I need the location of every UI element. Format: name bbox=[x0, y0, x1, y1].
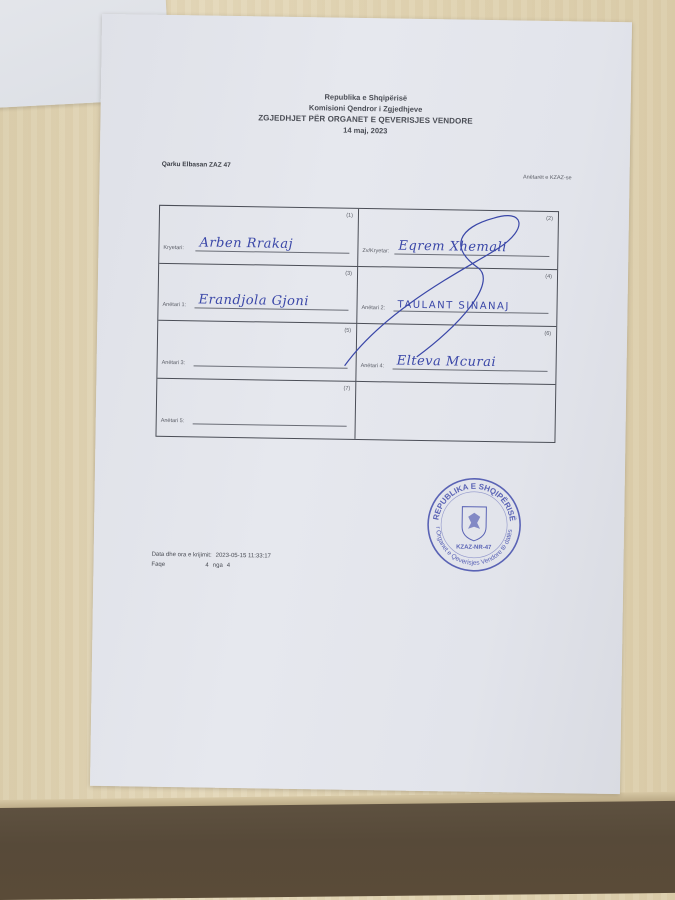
page-total: 4 bbox=[227, 561, 231, 571]
signature-line bbox=[194, 365, 348, 368]
document-footer: Data dhe ora e krijimit: 2023-05-15 11:3… bbox=[151, 550, 271, 572]
handwritten-signature: Erandjola Gjoni bbox=[198, 292, 309, 309]
cell-role-label: Anëtari 2: bbox=[361, 305, 385, 311]
cell-role-label: Anëtari 1: bbox=[162, 302, 186, 308]
cell-role-label: Anëtari 3: bbox=[162, 359, 186, 365]
cell-number: (7) bbox=[343, 385, 350, 391]
official-stamp: REPUBLIKA E SHQIPËRISË Zgjedhjet për Org… bbox=[423, 474, 525, 576]
page-label: Faqe bbox=[151, 560, 201, 571]
cell-number: (5) bbox=[344, 328, 351, 334]
signature-cell: (2)Zv/Kryetar:Eqrem Xhemali bbox=[358, 209, 558, 270]
cell-number: (6) bbox=[544, 331, 551, 337]
cell-role-label: Zv/Kryetar: bbox=[362, 248, 389, 254]
handwritten-signature: TAULANT SINANAJ bbox=[397, 300, 509, 313]
signature-cell: (5)Anëtari 3: bbox=[157, 321, 357, 382]
signature-grid: (1)Kryetari:Arben Rrakaj(2)Zv/Kryetar:Eq… bbox=[155, 205, 559, 443]
cell-number: (2) bbox=[546, 216, 553, 222]
signature-cell: (1)Kryetari:Arben Rrakaj bbox=[159, 206, 359, 267]
document-header: Republika e Shqipërisë Komisioni Qendror… bbox=[100, 88, 631, 140]
cell-role-label: Anëtari 5: bbox=[161, 418, 185, 424]
cell-role-label: Anëtari 4: bbox=[361, 362, 385, 368]
handwritten-signature: Eqrem Xhemali bbox=[398, 238, 507, 255]
signature-cell: (7)Anëtari 5: bbox=[156, 378, 356, 439]
created-value: 2023-05-15 11:33:17 bbox=[216, 551, 271, 562]
signature-line bbox=[193, 423, 347, 426]
members-label: Anëtarët e KZAZ-se bbox=[523, 175, 572, 182]
signature-cell: (4)Anëtari 2:TAULANT SINANAJ bbox=[357, 266, 557, 327]
election-form-sheet: Republika e Shqipërisë Komisioni Qendror… bbox=[90, 14, 632, 794]
cell-number: (3) bbox=[345, 270, 352, 276]
cell-number: (4) bbox=[545, 273, 552, 279]
signature-cell bbox=[355, 381, 555, 442]
svg-text:KZAZ-NR-47: KZAZ-NR-47 bbox=[456, 545, 492, 552]
floor-background bbox=[0, 801, 675, 900]
signature-cell: (3)Anëtari 1:Erandjola Gjoni bbox=[158, 263, 358, 324]
handwritten-signature: Arben Rrakaj bbox=[199, 235, 293, 251]
cell-number: (1) bbox=[346, 213, 353, 219]
handwritten-signature: Elteva Mcurai bbox=[397, 353, 497, 370]
page-current: 4 bbox=[205, 561, 209, 571]
district-label: Qarku Elbasan ZAZ 47 bbox=[162, 161, 231, 169]
page-separator: nga bbox=[213, 561, 223, 571]
signature-cell: (6)Anëtari 4:Elteva Mcurai bbox=[356, 324, 556, 385]
cell-role-label: Kryetari: bbox=[163, 244, 184, 250]
